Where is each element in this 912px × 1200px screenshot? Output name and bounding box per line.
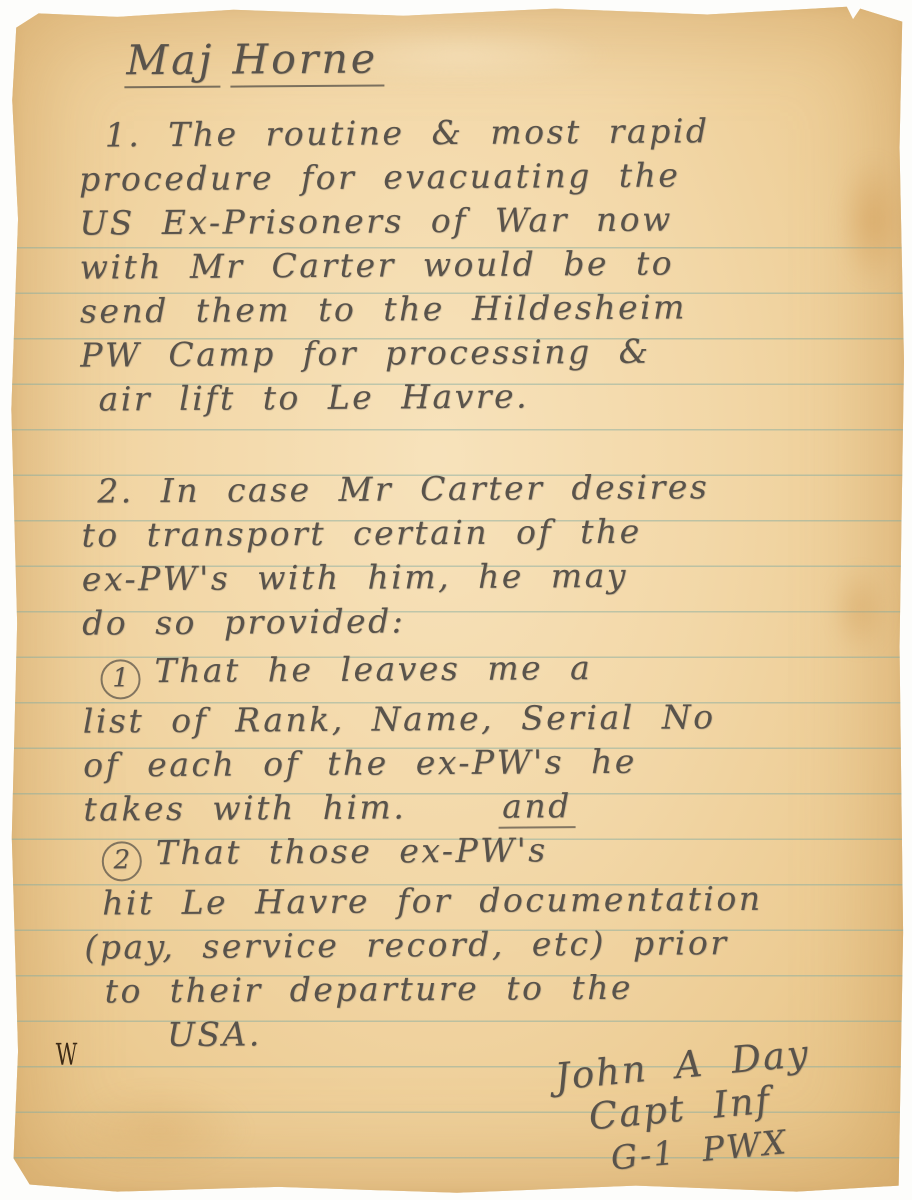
circled-number-2: 2 (102, 841, 142, 881)
paragraph-1: 1. The routine & most rapid procedure fo… (79, 109, 712, 421)
text-line: (pay, service record, etc) prior (84, 921, 763, 970)
text-line: 1That he leaves me a (82, 645, 715, 699)
circled-number-1: 1 (100, 659, 140, 699)
subitem-1: 1That he leaves me a list of Rank, Name,… (82, 645, 716, 831)
text-line: do so provided: (82, 597, 710, 645)
text-line: procedure for evacuating the (79, 153, 710, 201)
scanned-document-page: { "doc": { "heading": { "word1": "Maj", … (0, 0, 912, 1200)
subitem-1-first-line: That he leaves me a (154, 648, 592, 690)
text-line: of each of the ex-PW's he (83, 739, 716, 787)
usa-abbrev: USA. (167, 1014, 262, 1054)
handwriting-layer: MajHorne 1. The routine & most rapid pro… (6, 2, 908, 1197)
text-line: 2. In case Mr Carter desires (81, 465, 709, 513)
aged-lined-paper: MajHorne 1. The routine & most rapid pro… (10, 5, 904, 1194)
text-line: to their departure to the (85, 965, 764, 1014)
text-line: to transport certain of the (81, 509, 709, 557)
text-line: send them to the Hildesheim (80, 285, 711, 333)
subitem-1-last-line: takes with him. (83, 787, 406, 828)
text-line: PW Camp for processing & (80, 329, 711, 377)
underlined-and: and (498, 786, 576, 829)
text-line: air lift to Le Havre. (80, 373, 711, 421)
addressee-rank: Maj (124, 36, 221, 89)
signature-block: John A Day Capt Inf G-1 PWX (553, 1032, 820, 1184)
subitem-2-first-line: That those ex-PW's (156, 830, 548, 872)
subitem-2: 2That those ex-PW's hit Le Havre for doc… (84, 827, 764, 1058)
addressee-heading: MajHorne (124, 36, 394, 82)
text-line: 1. The routine & most rapid (79, 109, 710, 157)
paragraph-2: 2. In case Mr Carter desires to transpor… (81, 465, 710, 645)
text-line: takes with him.and (83, 783, 716, 831)
text-line: hit Le Havre for documentation (84, 877, 763, 926)
text-line: 2That those ex-PW's (84, 827, 763, 882)
text-line: US Ex-Prisoners of War now (79, 197, 710, 245)
ink-corner-mark: W (56, 1038, 78, 1073)
addressee-name: Horne (230, 34, 384, 87)
text-line: with Mr Carter would be to (80, 241, 711, 289)
text-line: list of Rank, Name, Serial No (83, 695, 716, 743)
text-line: ex-PW's with him, he may (82, 553, 710, 601)
